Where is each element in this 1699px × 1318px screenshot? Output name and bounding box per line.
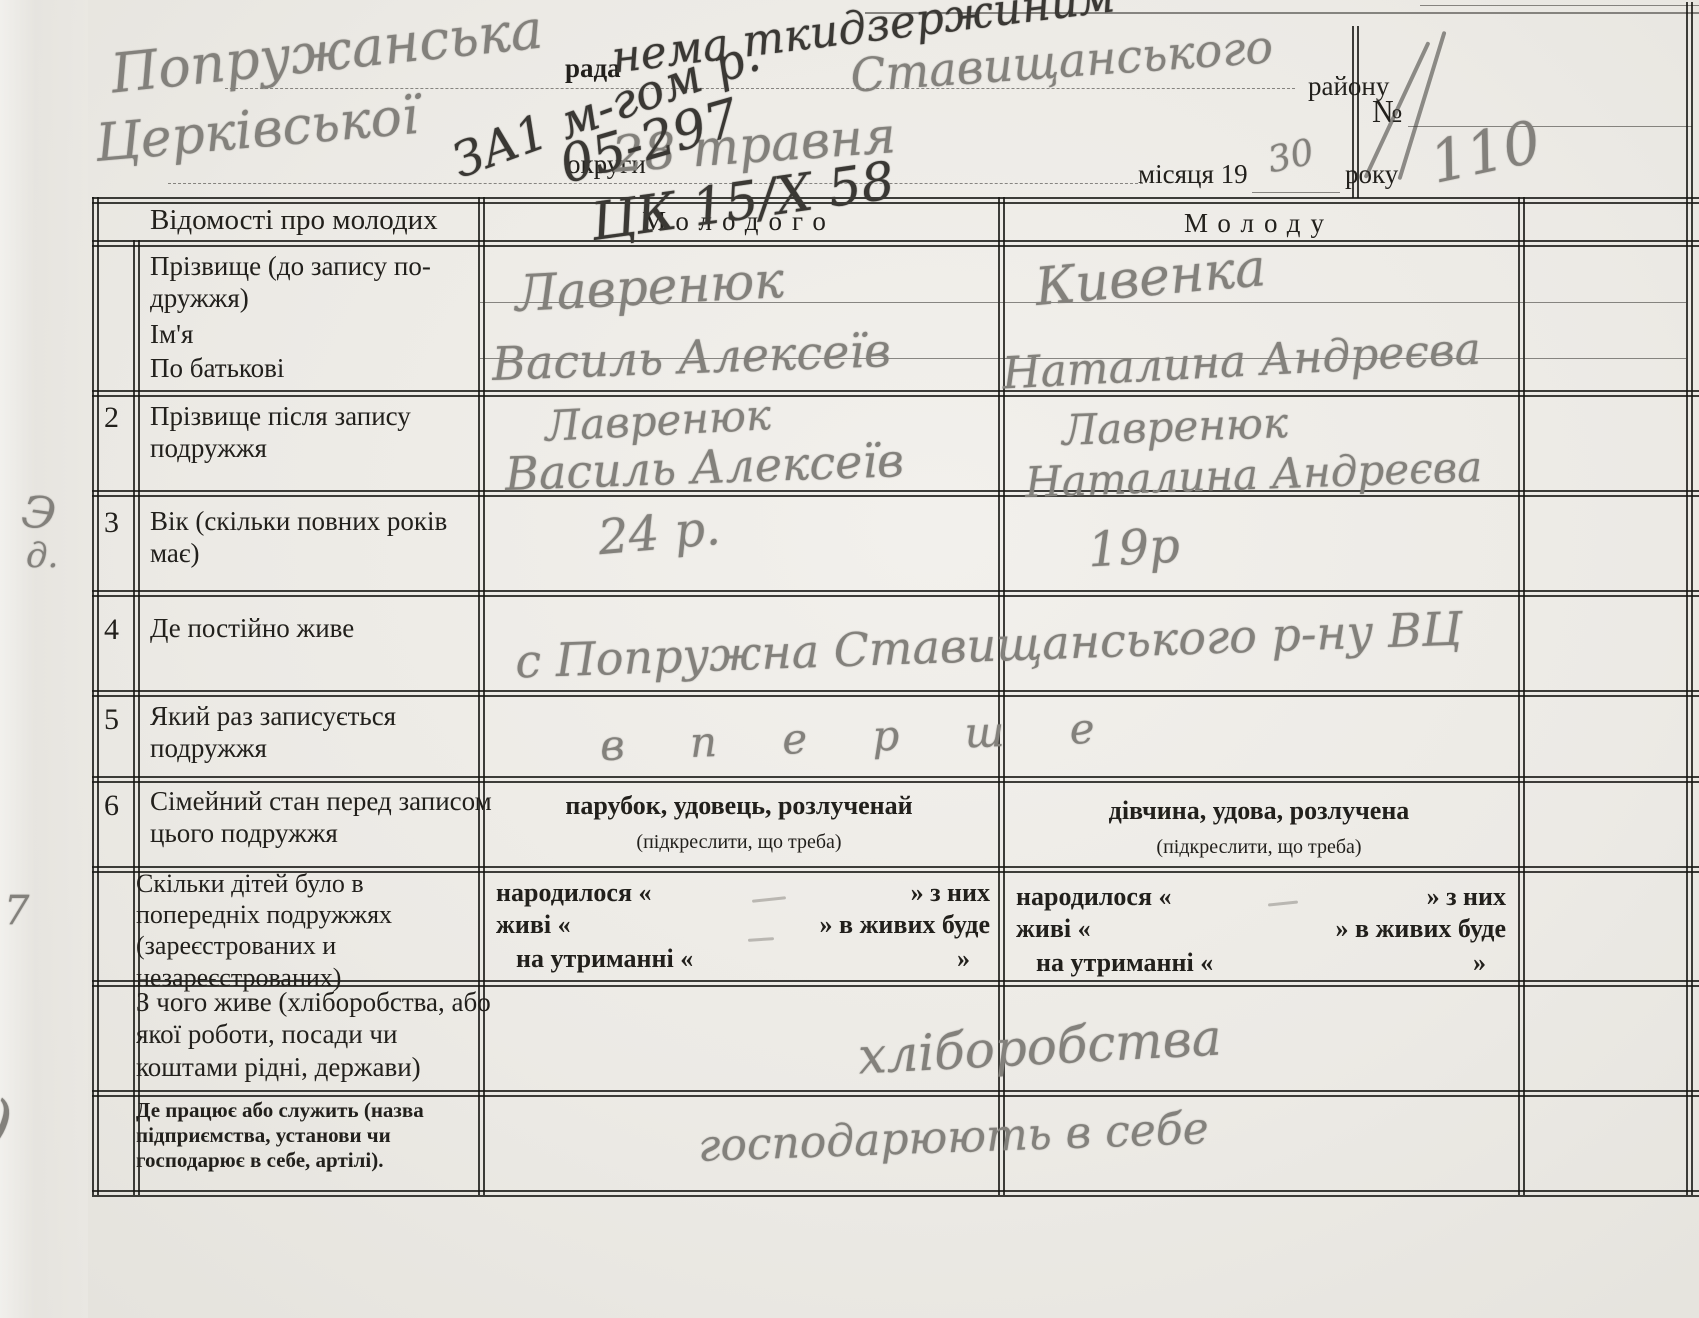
handwriting-residence: с Попружна Ставищанського р-ну ВЦ (514, 601, 1462, 688)
table-rule-row1 (92, 390, 1699, 397)
row8-label: З чого живе (хліборобства, або якої робо… (136, 986, 504, 1083)
row7-bride-born-right: » з них (1427, 882, 1506, 912)
table-rule-row4 (92, 690, 1699, 697)
row6-number: 6 (104, 788, 119, 824)
bride-margin-divider (1518, 197, 1525, 1195)
row4-label: Де постійно живе (150, 612, 480, 644)
table-rule-bottom (92, 1190, 1699, 1197)
row6-bride-note: (підкреслити, що треба) (1000, 835, 1518, 859)
table-border-right (1686, 2, 1693, 1195)
row6-groom-options: парубок, удовець, розлученай (480, 790, 998, 821)
margin-mark: д. (26, 536, 58, 576)
top-border-rule-2 (1420, 5, 1699, 6)
pencil-dash (748, 937, 774, 942)
row7-groom-alive-line: живі « » в живих буде (496, 910, 990, 940)
handwriting-bride-name-patronymic: Наталина Андреєва (1001, 324, 1482, 400)
row1-label-line3: Ім'я (150, 318, 193, 350)
row5-number: 5 (104, 702, 119, 738)
row7-bride-alive: живі « (1016, 914, 1091, 944)
row7-bride-alive-line: живі « » в живих буде (1016, 914, 1506, 944)
row9-label: Де працює або служить (назва підприємств… (136, 1098, 486, 1174)
handwriting-groom-name-patronymic: Василь Алексеїв (491, 323, 892, 391)
row3-label: Вік (скільки повних років має) (150, 505, 480, 570)
row7-groom-born: народилося « (496, 878, 652, 908)
table-rule-row8 (92, 1090, 1699, 1097)
bride-column-header: Молоду (1000, 207, 1518, 239)
row6-groom-note: (підкреслити, що треба) (480, 830, 998, 854)
row7-groom-alive-right: » в живих буде (820, 910, 990, 940)
row7-bride-alive-right: » в живих буде (1336, 914, 1506, 944)
row7-bride-support: на утриманні « (1036, 948, 1213, 978)
row7-bride-born: народилося « (1016, 882, 1172, 912)
year-writing-line (1252, 192, 1340, 193)
misyatsya-label: місяця 19 (1138, 158, 1248, 190)
scanned-marriage-record: рада району округи місяця 19 року № Попр… (0, 0, 1699, 1318)
scan-edge-shading (0, 0, 88, 1318)
row7-groom-support-right: » (957, 944, 970, 974)
row1-label-line1: Прізвище (до запису по- (150, 250, 431, 282)
handwriting-bride-surname-after: Лавренюк (1061, 398, 1289, 455)
handwriting-livelihood: хліборобства (857, 1009, 1223, 1086)
row7-number-margin: 7 (4, 888, 29, 934)
row7-groom-support-line: на утриманні « » (516, 944, 970, 974)
row1-label-line4: По батькові (150, 352, 284, 384)
row1-label-line2: дружжя) (150, 282, 249, 314)
row7-groom-alive: живі « (496, 910, 571, 940)
table-rule-header-bottom (92, 240, 1699, 247)
margin-mark: Э (19, 486, 59, 541)
row7-groom-born-line: народилося « » з них (496, 878, 990, 908)
table-border-left (92, 197, 99, 1195)
row7-bride-support-line: на утриманні « » (1036, 948, 1486, 978)
row7-bride-support-right: » (1473, 948, 1486, 978)
handwriting-workplace: господарюють в себе (697, 1103, 1209, 1172)
row4-number: 4 (104, 612, 119, 648)
row6-label: Сімейний стан перед записом цього подруж… (150, 785, 495, 850)
handwriting-record-number: 110 (1424, 107, 1546, 197)
handwriting-groom-surname: Лавренюк (514, 251, 786, 323)
handwriting-council-name: Попружанська (108, 0, 546, 105)
row7-groom-support: на утриманні « (516, 944, 693, 974)
row3-number: 3 (104, 505, 119, 541)
table-rule-row3 (92, 590, 1699, 597)
row2-label: Прізвище після запису подружжя (150, 400, 480, 465)
handwriting-groom-age: 24 р. (596, 500, 723, 566)
row7-label: Скільки дітей було в попередніх подружжя… (136, 868, 492, 993)
row7-bride-born-line: народилося « » з них (1016, 882, 1506, 912)
handwriting-year: 30 (1264, 132, 1317, 182)
row6-bride-options: дівчина, удова, розлучена (1000, 795, 1518, 826)
row2-number: 2 (104, 400, 119, 436)
row5-label: Який раз записується подружжя (150, 700, 480, 765)
handwriting-bride-surname: Кивенка (1033, 238, 1268, 318)
row7-groom-born-right: » з них (911, 878, 990, 908)
handwriting-marriage-count: в п е р ш е (599, 703, 1121, 770)
handwriting-bride-age: 19р (1087, 518, 1182, 579)
table-rule-row5 (92, 776, 1699, 783)
info-column-header: Відомості про молодих (150, 203, 438, 238)
